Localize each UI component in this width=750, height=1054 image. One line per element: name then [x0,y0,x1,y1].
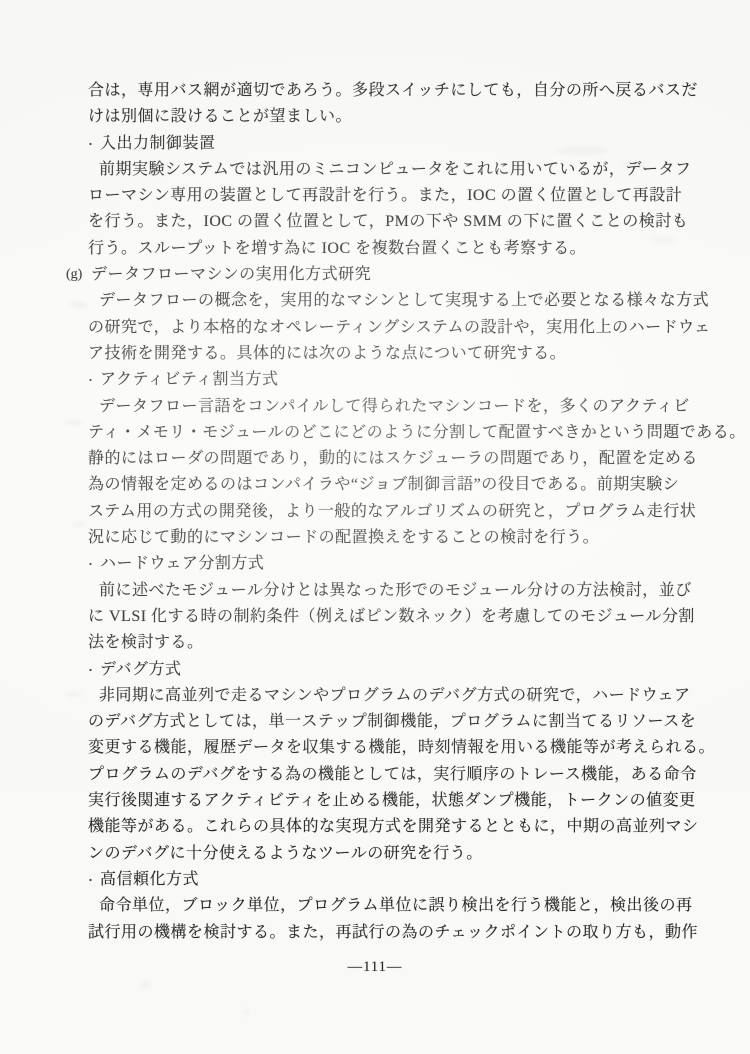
line-text: データフローマシンの実用化方式研究 [91,262,371,288]
bullet-marker: ・ [85,368,97,394]
line-text: デバグ方式 [100,657,182,683]
bullet-marker: ・ [85,658,97,684]
text-line: 況に応じて動的にマシンコードの配置換えをすることの検討を行う。 [0,525,750,551]
text-line: ローマシン専用の装置として再設計を行う。また，IOC の置く位置として再設計 [0,183,750,209]
text-line: ・ハードウェア分割方式 [0,551,750,577]
line-text: 為の情報を定めるのはコンパイラや“ジョブ制御言語”の役目である。前期実験シ [88,472,679,498]
text-line: に VLSI 化する時の制約条件（例えばピン数ネック）を考慮してのモジュール分割 [0,604,750,630]
text-block: 合は，専用バス網が適切であろう。多段スイッチにしても，自分の所へ戻るバスだけは別… [0,78,750,946]
text-line: ア技術を開発する。具体的には次のような点について研究する。 [0,341,750,367]
line-text: に VLSI 化する時の制約条件（例えばピン数ネック）を考慮してのモジュール分割 [88,604,695,630]
text-line: 前期実験システムでは汎用のミニコンピュータをこれに用いているが，データフ [0,157,750,183]
text-line: 機能等がある。これらの具体的な実現方式を開発するとともに，中期の高並列マシ [0,814,750,840]
text-line: 静的にはローダの問題であり，動的にはスケジューラの問題であり，配置を定める [0,446,750,472]
text-line: プログラムのデバグをする為の機能としては，実行順序のトレース機能，ある命令 [0,762,750,788]
line-text: 前に述べたモジュール分けとは異なった形でのモジュール分けの方法検討，並び [99,578,692,604]
section-label: (g) [66,262,82,288]
line-text: ンのデバグに十分使えるようなツールの研究を行う。 [88,841,483,867]
bullet-marker: ・ [85,868,97,894]
text-line: 為の情報を定めるのはコンパイラや“ジョブ制御言語”の役目である。前期実験シ [0,472,750,498]
line-text: を行う。また，IOC の置く位置として，PMの下や SMM の下に置くことの検討… [88,209,688,235]
line-text: 合は，専用バス網が適切であろう。多段スイッチにしても，自分の所へ戻るバスだ [88,78,698,104]
line-text: プログラムのデバグをする為の機能としては，実行順序のトレース機能，ある命令 [88,762,697,788]
text-line: ・高信頼化方式 [0,867,750,893]
line-text: ステム用の方式の開発後，より一般的なアルゴリズムの研究と，プログラム走行状 [88,499,696,525]
text-line: 合は，専用バス網が適切であろう。多段スイッチにしても，自分の所へ戻るバスだ [0,78,750,104]
text-line: 非同期に高並列で走るマシンやプログラムのデバグ方式の研究で，ハードウェア [0,683,750,709]
line-text: 非同期に高並列で走るマシンやプログラムのデバグ方式の研究で，ハードウェア [99,683,691,709]
text-line: データフロー言語をコンパイルして得られたマシンコードを，多くのアクティビ [0,394,750,420]
bullet-marker: ・ [85,552,97,578]
text-line: 行う。スループットを増す為に IOC を複数台置くことも考察する。 [0,236,750,262]
line-text: 命令単位，ブロック単位，プログラム単位に誤り検出を行う機能と，検出後の再 [99,893,693,919]
text-line: のデバグ方式としては，単一ステップ制御機能，プログラムに割当てるリソースを [0,709,750,735]
line-text: 実行後関連するアクティビティを止める機能，状態ダンプ機能，トークンの値変更 [88,788,696,814]
text-line: ステム用の方式の開発後，より一般的なアルゴリズムの研究と，プログラム走行状 [0,499,750,525]
text-line: ・入出力制御装置 [0,131,750,157]
text-line: 命令単位，ブロック単位，プログラム単位に誤り検出を行う機能と，検出後の再 [0,893,750,919]
line-text: ローマシン専用の装置として再設計を行う。また，IOC の置く位置として再設計 [88,183,682,209]
line-text: データフロー言語をコンパイルして得られたマシンコードを，多くのアクティビ [99,394,690,420]
line-text: ハードウェア分割方式 [100,551,264,577]
line-text: ア技術を開発する。具体的には次のような点について研究する。 [88,341,566,367]
text-line: 変更する機能，履歴データを収集する機能，時刻情報を用いる機能等が考えられる。 [0,735,750,761]
line-text: けは別個に設けることが望ましい。 [88,104,352,130]
text-line: ティ・メモリ・モジュールのどこにどのように分割して配置すべきかという問題である。 [0,420,750,446]
text-line: 前に述べたモジュール分けとは異なった形でのモジュール分けの方法検討，並び [0,578,750,604]
line-text: 入出力制御装置 [100,131,216,157]
line-text: 況に応じて動的にマシンコードの配置換えをすることの検討を行う。 [88,525,599,551]
line-text: 変更する機能，履歴データを収集する機能，時刻情報を用いる機能等が考えられる。 [88,735,715,761]
line-text: 行う。スループットを増す為に IOC を複数台置くことも考察する。 [88,236,586,262]
line-text: アクティビティ割当方式 [100,367,278,393]
text-line: を行う。また，IOC の置く位置として，PMの下や SMM の下に置くことの検討… [0,209,750,235]
scan-smudge [244,1010,249,1014]
text-line: データフローの概念を，実用的なマシンとして実現する上で必要となる様々な方式 [0,288,750,314]
line-text: 法を検討する。 [88,630,204,656]
text-line: 試行用の機構を検討する。また，再試行の為のチェックポイントの取り方も，動作 [0,920,750,946]
line-text: の研究で，より本格的なオペレーティングシステムの設計や，実用化上のハードウェ [88,315,711,341]
text-line: (g)データフローマシンの実用化方式研究 [0,262,750,288]
text-line: けは別個に設けることが望ましい。 [0,104,750,130]
scan-smudge [140,982,150,987]
text-line: ・デバグ方式 [0,657,750,683]
line-text: 前期実験システムでは汎用のミニコンピュータをこれに用いているが，データフ [99,157,691,183]
bullet-marker: ・ [85,132,97,158]
page-number: —111— [0,959,750,976]
line-text: 試行用の機構を検討する。また，再試行の為のチェックポイントの取り方も，動作 [88,920,698,946]
text-line: の研究で，より本格的なオペレーティングシステムの設計や，実用化上のハードウェ [0,315,750,341]
line-text: ティ・メモリ・モジュールのどこにどのように分割して配置すべきかという問題である。 [88,420,746,446]
line-text: 高信頼化方式 [100,867,199,893]
line-text: データフローの概念を，実用的なマシンとして実現する上で必要となる様々な方式 [99,288,709,314]
line-text: 静的にはローダの問題であり，動的にはスケジューラの問題であり，配置を定める [88,446,698,472]
text-line: 実行後関連するアクティビティを止める機能，状態ダンプ機能，トークンの値変更 [0,788,750,814]
line-text: 機能等がある。これらの具体的な実現方式を開発するとともに，中期の高並列マシ [88,814,699,840]
text-line: 法を検討する。 [0,630,750,656]
text-line: ンのデバグに十分使えるようなツールの研究を行う。 [0,841,750,867]
text-line: ・アクティビティ割当方式 [0,367,750,393]
line-text: のデバグ方式としては，単一ステップ制御機能，プログラムに割当てるリソースを [88,709,696,735]
scanned-document-page: 合は，専用バス網が適切であろう。多段スイッチにしても，自分の所へ戻るバスだけは別… [0,0,750,1054]
